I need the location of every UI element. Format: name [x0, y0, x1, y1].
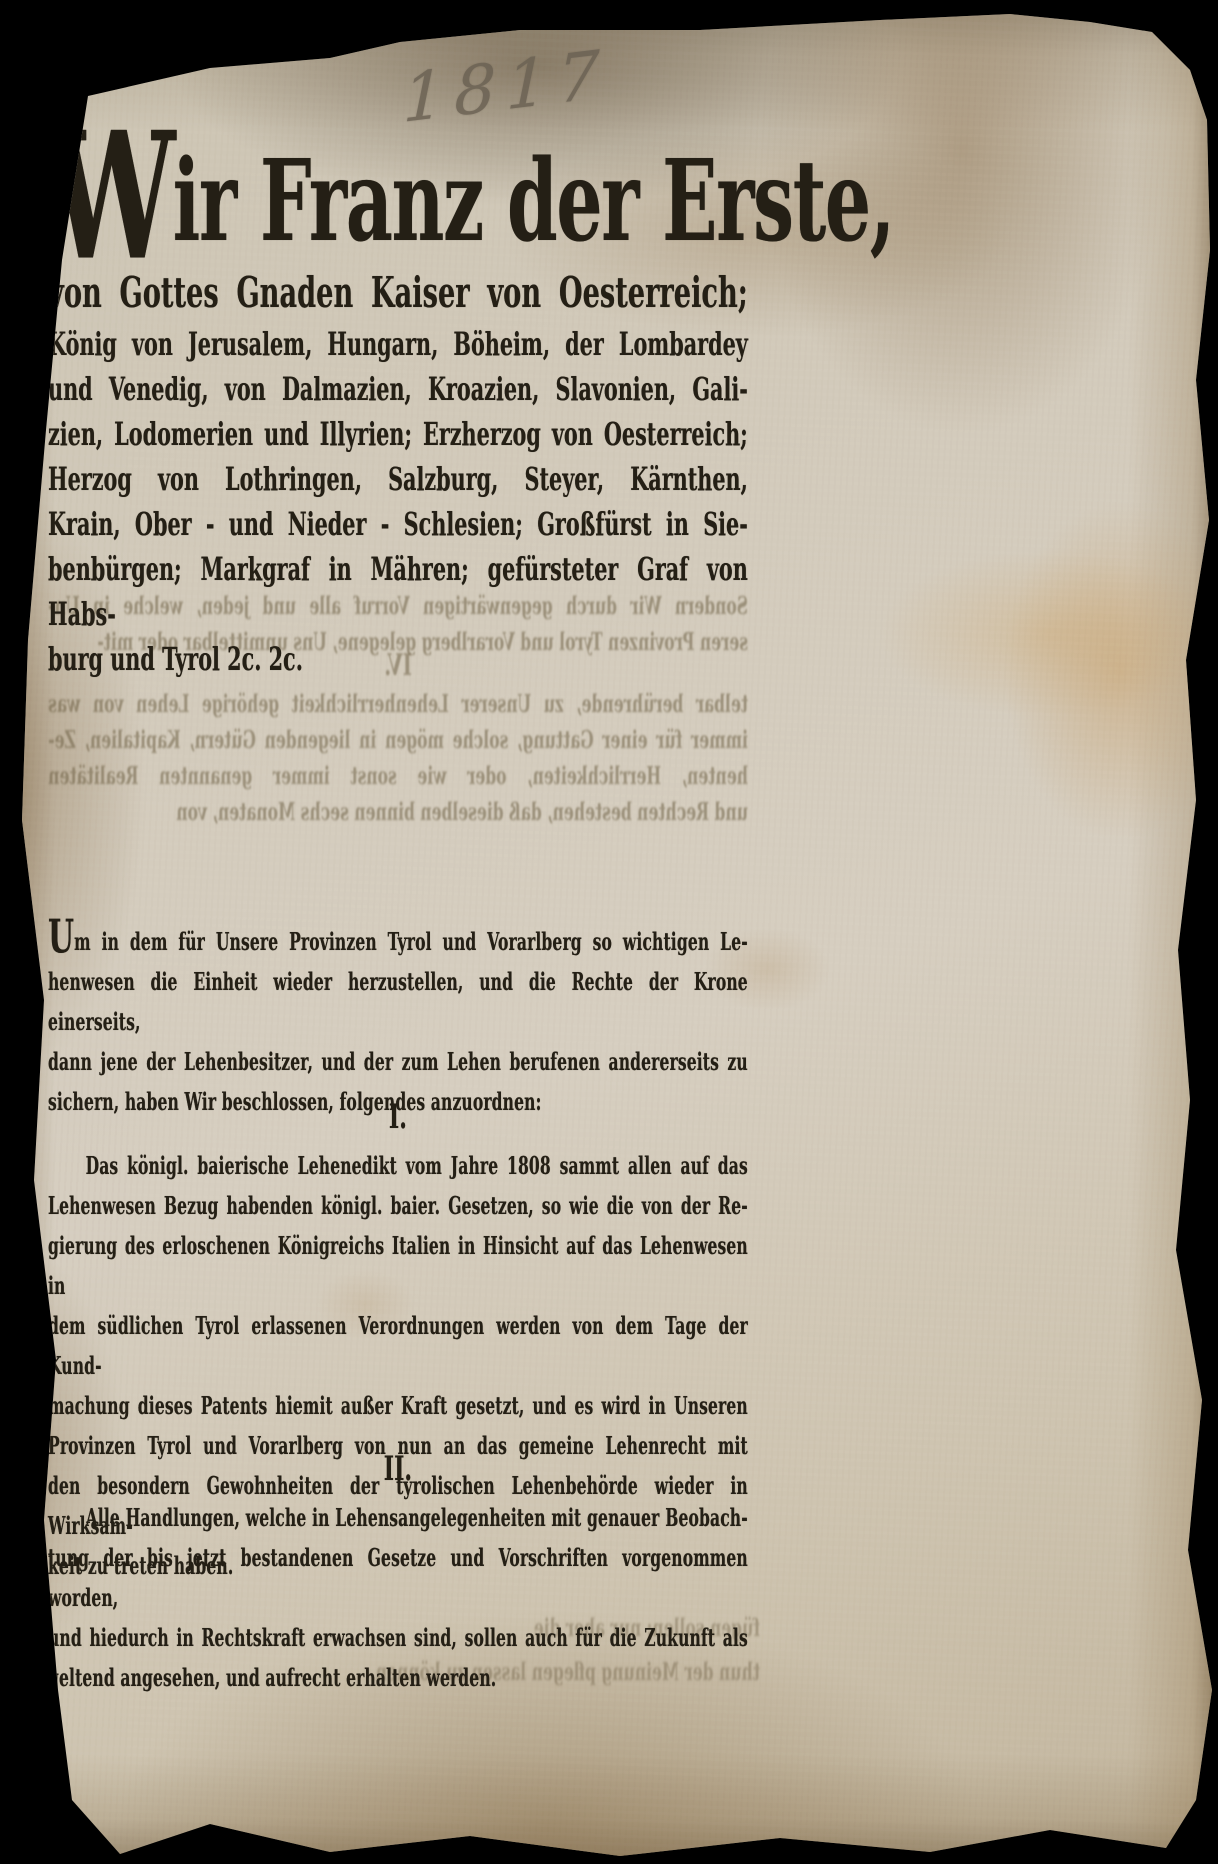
section-1-line: machung dieses Patents hiemit außer Kraf… [48, 1386, 748, 1426]
section-2-line: und hiedurch in Rechtskraft erwachsen si… [48, 1618, 748, 1658]
bleedthrough-line: und Rechten bestehen, daß dieselben binn… [48, 794, 748, 830]
document-subtitle: von Gottes Gnaden Kaiser von Oesterreich… [48, 272, 748, 314]
section-1-line: Das königl. baierische Lehenedikt vom Ja… [48, 1146, 748, 1186]
bleedthrough-line: immer für einer Gattung, solche mögen in… [48, 722, 748, 758]
title-text: ir Franz der Erste, [173, 136, 894, 267]
royal-title-line: König von Jerusalem, Hungarn, Böheim, de… [48, 322, 748, 367]
handwritten-year-annotation: 1817 [402, 35, 610, 138]
section-2-line: Alle Handlungen, welche in Lehensangeleg… [48, 1498, 748, 1538]
section-2-paragraph: Alle Handlungen, welche in Lehensangeleg… [48, 1498, 748, 1698]
section-1-line: dem südlichen Tyrol erlassenen Verordnun… [48, 1306, 748, 1386]
bleedthrough-line: telbar berührende, zu Unserer Lehenherrl… [48, 686, 748, 722]
royal-title-line: und Venedig, von Dalmazien, Kroazien, Sl… [48, 367, 748, 412]
royal-title-line: burg und Tyrol 2c. 2c. [48, 637, 748, 682]
section-1-line: Lehenwesen Bezug habenden königl. baier.… [48, 1186, 748, 1226]
paper-sheet: Sondern Wir durch gegenwärtigen Vorruf a… [0, 0, 1218, 1864]
section-2-line: tung der bis jetzt bestandenen Gesetze u… [48, 1538, 748, 1618]
bleedthrough-lower-block: telbar berührende, zu Unserer Lehenherrl… [48, 686, 748, 830]
royal-titles-block: König von Jerusalem, Hungarn, Böheim, de… [48, 322, 748, 682]
bleedthrough-line: henten, Herrlichkeiten, oder wie sonst i… [48, 758, 748, 794]
royal-title-line: Krain, Ober - und Nieder - Schlesien; Gr… [48, 502, 748, 547]
royal-title-line: benbürgen; Markgraf in Mähren; gefürstet… [48, 547, 748, 637]
scanned-document-page: Sondern Wir durch gegenwärtigen Vorruf a… [0, 0, 1218, 1864]
royal-title-line: zien, Lodomerien und Illyrien; Erzherzog… [48, 412, 748, 457]
proclamation-first-line-text: m in dem für Unsere Provinzen Tyrol und … [74, 927, 748, 956]
proclamation-initial-letter: U [48, 909, 74, 963]
document-title: Wir Franz der Erste, [48, 146, 748, 258]
section-2-line: geltend angesehen, und aufrecht erhalten… [48, 1658, 748, 1698]
section-2-numeral: II. [48, 1452, 748, 1486]
royal-title-line: Herzog von Lothringen, Salzburg, Steyer,… [48, 457, 748, 502]
proclamation-line: henwesen die Einheit wieder herzustellen… [48, 962, 748, 1042]
section-1-numeral: I. [48, 1100, 748, 1134]
proclamation-line: dann jene der Lehenbesitzer, und der zum… [48, 1042, 748, 1082]
proclamation-paragraph: Um in dem für Unsere Provinzen Tyrol und… [48, 922, 748, 1122]
section-1-line: gierung des erloschenen Königreichs Ital… [48, 1226, 748, 1306]
proclamation-first-line: Um in dem für Unsere Provinzen Tyrol und… [48, 922, 748, 962]
